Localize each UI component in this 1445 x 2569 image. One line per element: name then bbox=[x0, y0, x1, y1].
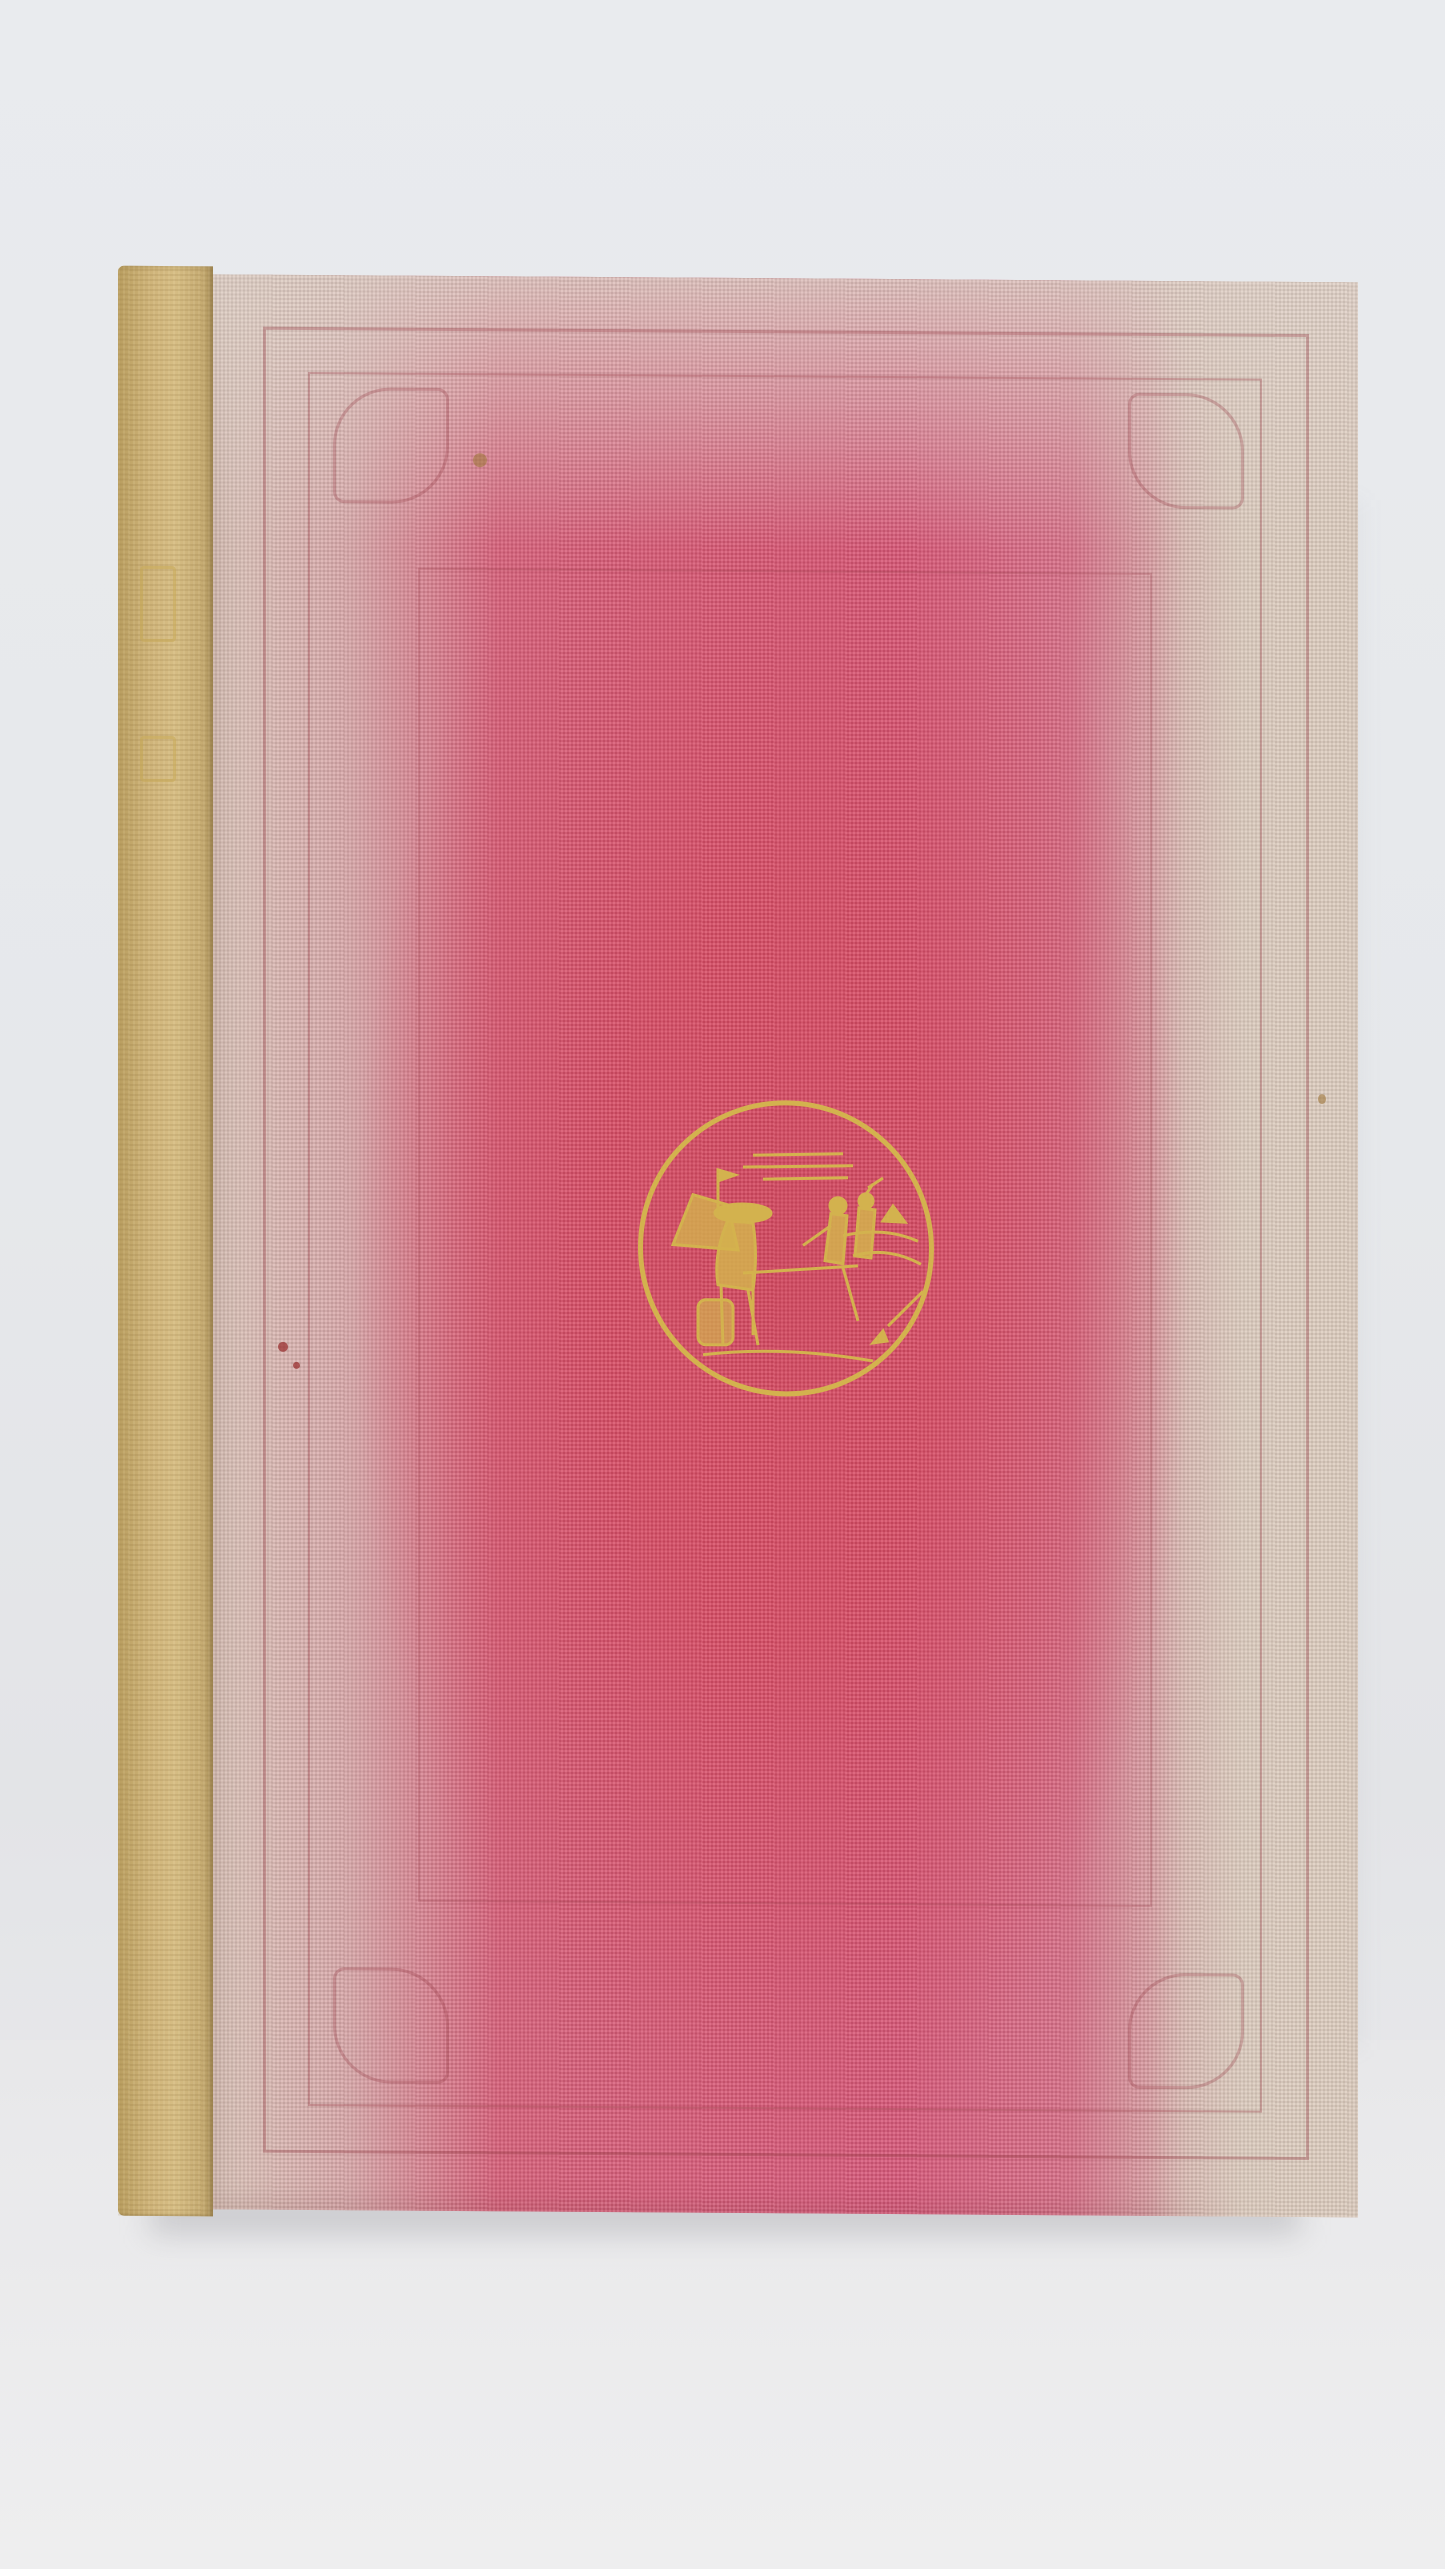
mining-scene-icon bbox=[643, 1104, 929, 1392]
book bbox=[118, 266, 1358, 2225]
gilt-medallion bbox=[638, 1099, 934, 1397]
spine-gilt-remnant bbox=[140, 566, 176, 642]
spine-gilt-remnant bbox=[140, 736, 176, 782]
red-mark bbox=[278, 1342, 288, 1352]
corner-ornament-icon bbox=[333, 387, 449, 504]
book-spine bbox=[118, 266, 213, 2217]
corner-ornament-icon bbox=[333, 1967, 449, 2084]
stain-spot bbox=[1318, 1094, 1326, 1104]
corner-ornament-icon bbox=[1128, 393, 1244, 510]
stain-spot bbox=[473, 453, 487, 467]
spine-cloth-texture bbox=[118, 266, 213, 2217]
corner-ornament-icon bbox=[1128, 1973, 1244, 2090]
red-mark bbox=[293, 1362, 300, 1369]
